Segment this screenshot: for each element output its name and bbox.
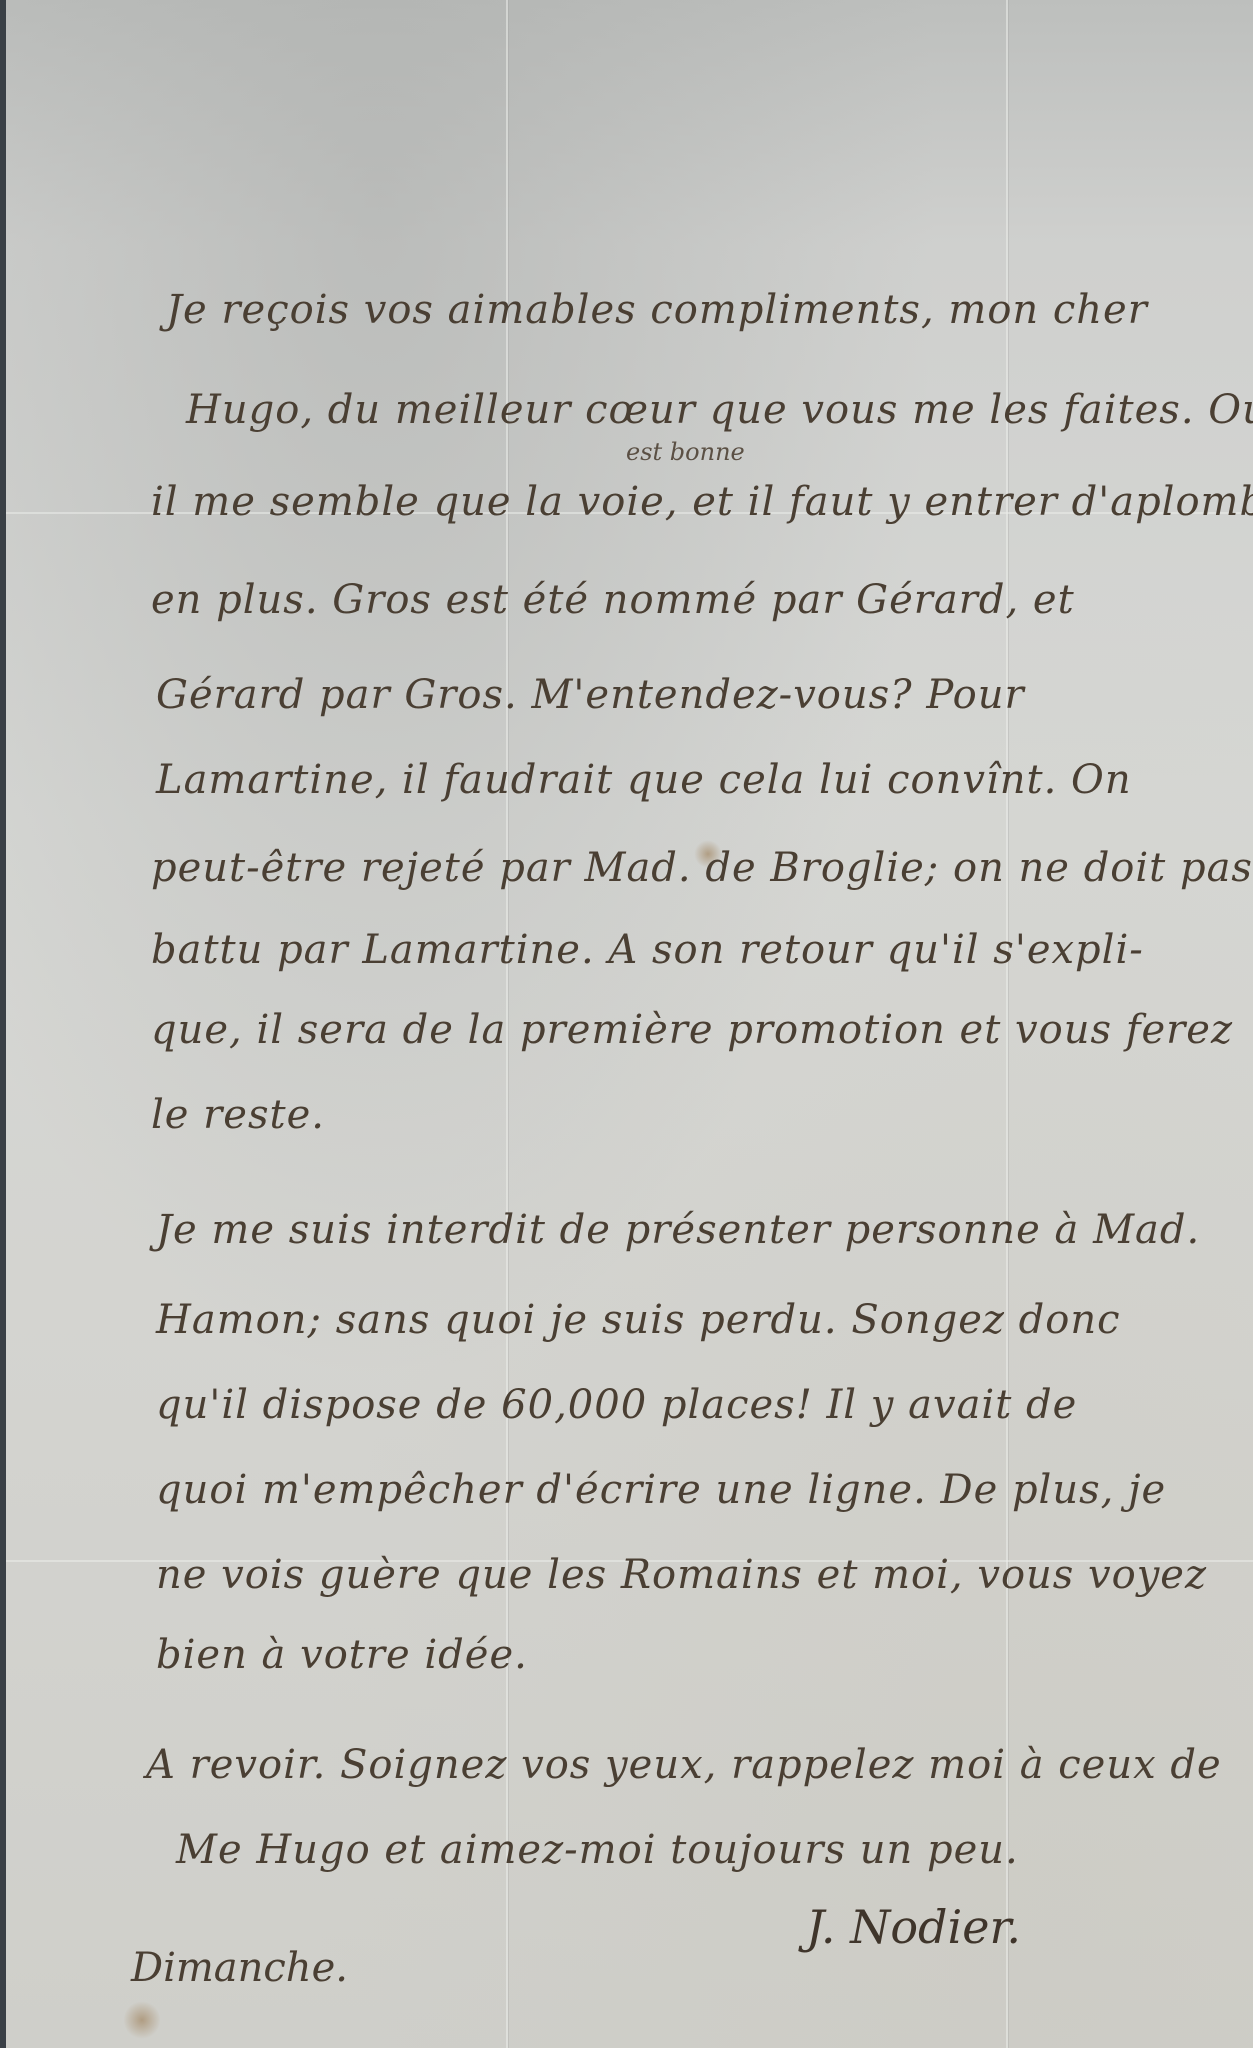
letter-line: A revoir. Soignez vos yeux, rappelez moi… bbox=[146, 1745, 1222, 1785]
letter-line: qu'il dispose de 60,000 places! Il y ava… bbox=[156, 1385, 1077, 1425]
letter-line: quoi m'empêcher d'écrire une ligne. De p… bbox=[156, 1470, 1166, 1510]
letter-line: bien à votre idée. bbox=[156, 1635, 528, 1675]
letter-line: Je reçois vos aimables compliments, mon … bbox=[166, 290, 1148, 330]
letter-line: Gérard par Gros. M'entendez-vous? Pour bbox=[156, 675, 1025, 715]
letter-line: Me Hugo et aimez-moi toujours un peu. bbox=[176, 1830, 1019, 1870]
letter-line: en plus. Gros est été nommé par Gérard, … bbox=[151, 580, 1075, 620]
letter-line: Lamartine, il faudrait que cela lui conv… bbox=[156, 760, 1132, 800]
letter-line: il me semble que la voie, et il faut y e… bbox=[151, 482, 1253, 522]
letter-line: peut-être rejeté par Mad. de Broglie; on… bbox=[151, 848, 1253, 888]
letter-line: Je me suis interdit de présenter personn… bbox=[156, 1210, 1200, 1250]
letter-line: le reste. bbox=[151, 1095, 325, 1135]
signature: J. Nodier. bbox=[806, 1900, 1021, 1954]
letter-line: ne vois guère que les Romains et moi, vo… bbox=[156, 1555, 1207, 1595]
letter-body: Je reçois vos aimables compliments, mon … bbox=[6, 0, 1253, 2048]
letter-line: Hugo, du meilleur cœur que vous me les f… bbox=[186, 390, 1253, 430]
letter-line: que, il sera de la première promotion et… bbox=[151, 1010, 1233, 1050]
letter-line: battu par Lamartine. A son retour qu'il … bbox=[151, 930, 1144, 970]
interlinear-insertion: est bonne bbox=[626, 438, 745, 466]
letter-paper: Je reçois vos aimables compliments, mon … bbox=[6, 0, 1253, 2048]
letter-line: Hamon; sans quoi je suis perdu. Songez d… bbox=[156, 1300, 1121, 1340]
dateline: Dimanche. bbox=[131, 1945, 348, 1991]
